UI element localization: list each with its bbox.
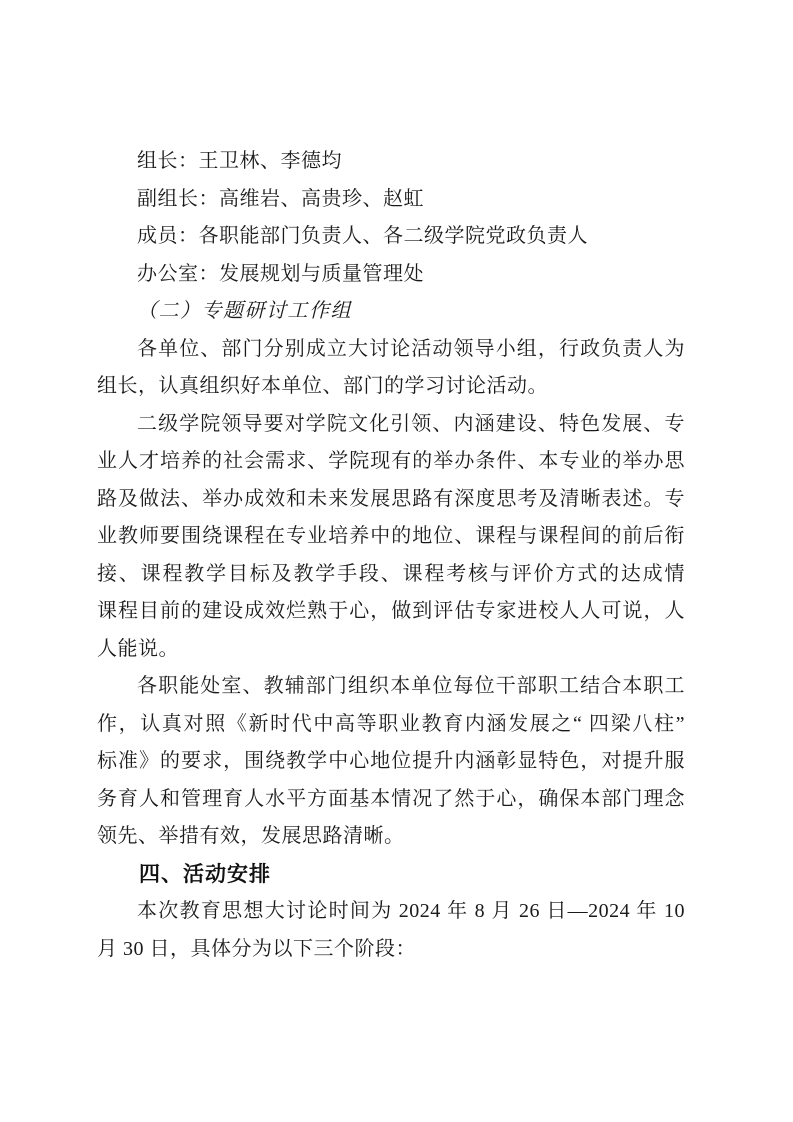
para-functional-depts-line-5: 领先、举措有效，发展思路清晰。 — [97, 818, 685, 856]
para-functional-depts-line-4: 务育人和管理育人水平方面基本情况了然于心，确保本部门理念 — [97, 781, 685, 819]
line-group-leader: 组长：王卫林、李德均 — [97, 143, 685, 181]
line-group-deputy-leader: 副组长：高维岩、高贵珍、赵虹 — [97, 181, 685, 219]
para-functional-depts-line-3: 标准》的要求，围绕教学中心地位提升内涵彰显特色，对提升服 — [97, 743, 685, 781]
para-college-leaders-line-4: 业教师要围绕课程在专业培养中的地位、课程与课程间的前后衔 — [97, 518, 685, 556]
para-college-leaders-line-6: 课程目前的建设成效烂熟于心，做到评估专家进校人人可说，人 — [97, 593, 685, 631]
para-functional-depts-line-2: 作，认真对照《新时代中高等职业教育内涵发展之“ 四梁八柱” — [97, 706, 685, 744]
para-schedule-line-2: 月 30 日，具体分为以下三个阶段： — [97, 931, 685, 969]
document-text-block: 组长：王卫林、李德均 副组长：高维岩、高贵珍、赵虹 成员：各职能部门负责人、各二… — [97, 143, 685, 968]
para-college-leaders-line-7: 人能说。 — [97, 631, 685, 669]
heading-activity-arrangement: 四、活动安排 — [97, 856, 685, 894]
subheading-special-research-group: （二）专题研讨工作组 — [97, 293, 685, 331]
line-group-members: 成员：各职能部门负责人、各二级学院党政负责人 — [97, 218, 685, 256]
para-college-leaders-line-2: 业人才培养的社会需求、学院现有的举办条件、本专业的举办思 — [97, 443, 685, 481]
para-college-leaders-line-5: 接、课程教学目标及教学手段、课程考核与评价方式的达成情况、 — [97, 556, 685, 594]
document-page: 组长：王卫林、李德均 副组长：高维岩、高贵珍、赵虹 成员：各职能部门负责人、各二… — [0, 0, 793, 1122]
para-unit-leadership-line-2: 组长，认真组织好本单位、部门的学习讨论活动。 — [97, 368, 685, 406]
para-college-leaders-line-3: 路及做法、举办成效和未来发展思路有深度思考及清晰表述。专 — [97, 481, 685, 519]
para-functional-depts-line-1: 各职能处室、教辅部门组织本单位每位干部职工结合本职工 — [97, 668, 685, 706]
para-schedule-line-1: 本次教育思想大讨论时间为 2024 年 8 月 26 日—2024 年 10 — [97, 893, 685, 931]
para-college-leaders-line-1: 二级学院领导要对学院文化引领、内涵建设、特色发展、专 — [97, 406, 685, 444]
line-group-office: 办公室：发展规划与质量管理处 — [97, 256, 685, 294]
para-unit-leadership-line-1: 各单位、部门分别成立大讨论活动领导小组，行政负责人为 — [97, 331, 685, 369]
